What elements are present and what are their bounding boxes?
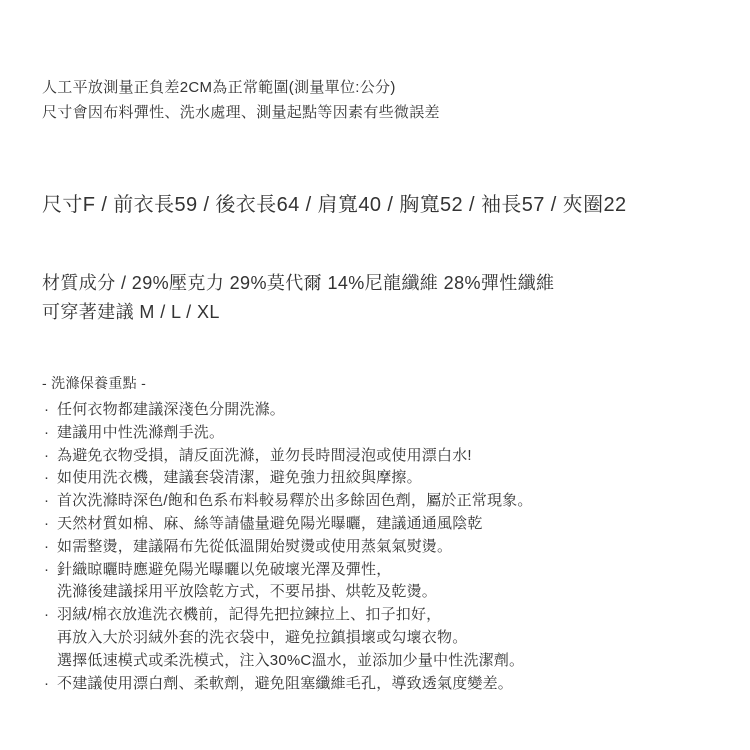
care-item: ·為避免衣物受損，請反面洗滌，並勿長時間浸泡或使用漂白水! [42,445,710,468]
care-line-text: 針織晾曬時應避免陽光曝曬以免破壞光澤及彈性， [57,561,391,578]
care-line-text: 洗滌後建議採用平放陰乾方式，不要吊掛、烘乾及乾燙。 [57,583,437,600]
care-line-text: 不建議使用漂白劑、柔軟劑，避免阻塞纖維毛孔，導致透氣度變差。 [57,675,513,692]
care-line-text: 為避免衣物受損，請反面洗滌，並勿長時間浸泡或使用漂白水! [57,447,472,464]
care-line-text: 任何衣物都建議深淺色分開洗滌。 [57,401,285,418]
care-section: - 洗滌保養重點 - ·任何衣物都建議深淺色分開洗滌。·建議用中性洗滌劑手洗。·… [42,373,710,695]
bullet-dot: · [44,673,49,696]
bullet-dot: · [44,513,49,536]
bullet-dot: · [44,422,49,445]
care-item: ·天然材質如棉、麻、絲等請儘量避免陽光曝曬，建議通通風陰乾 [42,513,710,536]
care-line-text: 如使用洗衣機，建議套袋清潔，避免強力扭絞與摩擦。 [57,469,422,486]
care-line-continuation: 再放入大於羽絨外套的洗衣袋中，避免拉鎮損壞或勾壞衣物。 [42,627,710,650]
wear-recommendation: 可穿著建議 M / L / XL [42,298,710,327]
care-line: ·天然材質如棉、麻、絲等請儘量避免陽光曝曬，建議通通風陰乾 [42,513,710,536]
bullet-dot: · [44,559,49,582]
care-item: ·建議用中性洗滌劑手洗。 [42,422,710,445]
care-line: ·不建議使用漂白劑、柔軟劑，避免阻塞纖維毛孔，導致透氣度變差。 [42,673,710,696]
care-line-text: 天然材質如棉、麻、絲等請儘量避免陽光曝曬，建議通通風陰乾 [57,515,483,532]
material-info: 材質成分 / 29%壓克力 29%莫代爾 14%尼龍纖維 28%彈性纖維 可穿著… [42,269,710,327]
care-section-title: - 洗滌保養重點 - [42,373,710,393]
bullet-dot: · [44,467,49,490]
care-line: ·任何衣物都建議深淺色分開洗滌。 [42,399,710,422]
care-line-text: 如需整燙，建議隔布先從低溫開始熨燙或使用蒸氣氣熨燙。 [57,538,452,555]
care-item: ·首次洗滌時深色/飽和色系布料較易釋於出多餘固色劑，屬於正常現象。 [42,490,710,513]
care-item: ·針織晾曬時應避免陽光曝曬以免破壞光澤及彈性，洗滌後建議採用平放陰乾方式，不要吊… [42,559,710,605]
care-line: ·羽絨/棉衣放進洗衣機前，記得先把拉鍊拉上、扣子扣好， [42,604,710,627]
bullet-dot: · [44,445,49,468]
care-line: ·建議用中性洗滌劑手洗。 [42,422,710,445]
care-line-text: 建議用中性洗滌劑手洗。 [57,424,224,441]
bullet-dot: · [44,399,49,422]
care-item: ·不建議使用漂白劑、柔軟劑，避免阻塞纖維毛孔，導致透氣度變差。 [42,673,710,696]
bullet-dot: · [44,604,49,627]
care-line-text: 再放入大於羽絨外套的洗衣袋中，避免拉鎮損壞或勾壞衣物。 [57,629,467,646]
care-line-continuation: 洗滌後建議採用平放陰乾方式，不要吊掛、烘乾及乾燙。 [42,581,710,604]
care-item: ·如需整燙，建議隔布先從低溫開始熨燙或使用蒸氣氣熨燙。 [42,536,710,559]
measurement-note: 人工平放測量正負差2CM為正常範圍(測量單位:公分) 尺寸會因布料彈性、洗水處理… [42,75,710,125]
care-line-text: 羽絨/棉衣放進洗衣機前，記得先把拉鍊拉上、扣子扣好， [57,606,441,623]
care-line: ·如使用洗衣機，建議套袋清潔，避免強力扭絞與摩擦。 [42,467,710,490]
measurement-note-line2: 尺寸會因布料彈性、洗水處理、測量起點等因素有些微誤差 [42,100,710,125]
measurement-note-line1: 人工平放測量正負差2CM為正常範圍(測量單位:公分) [42,75,710,100]
bullet-dot: · [44,490,49,513]
bullet-dot: · [44,536,49,559]
care-line: ·針織晾曬時應避免陽光曝曬以免破壞光澤及彈性， [42,559,710,582]
care-item: ·羽絨/棉衣放進洗衣機前，記得先把拉鍊拉上、扣子扣好，再放入大於羽絨外套的洗衣袋… [42,604,710,672]
care-line-continuation: 選擇低速模式或柔洗模式，注入30%C溫水，並添加少量中性洗潔劑。 [42,650,710,673]
care-line-text: 首次洗滌時深色/飽和色系布料較易釋於出多餘固色劑，屬於正常現象。 [57,492,533,509]
care-line: ·首次洗滌時深色/飽和色系布料較易釋於出多餘固色劑，屬於正常現象。 [42,490,710,513]
care-line: ·為避免衣物受損，請反面洗滌，並勿長時間浸泡或使用漂白水! [42,445,710,468]
care-list: ·任何衣物都建議深淺色分開洗滌。·建議用中性洗滌劑手洗。·為避免衣物受損，請反面… [42,399,710,695]
care-line: ·如需整燙，建議隔布先從低溫開始熨燙或使用蒸氣氣熨燙。 [42,536,710,559]
material-composition: 材質成分 / 29%壓克力 29%莫代爾 14%尼龍纖維 28%彈性纖維 [42,269,710,298]
care-item: ·如使用洗衣機，建議套袋清潔，避免強力扭絞與摩擦。 [42,467,710,490]
care-item: ·任何衣物都建議深淺色分開洗滌。 [42,399,710,422]
care-line-text: 選擇低速模式或柔洗模式，注入30%C溫水，並添加少量中性洗潔劑。 [57,652,524,669]
size-info: 尺寸F / 前衣長59 / 後衣長64 / 肩寬40 / 胸寬52 / 袖長57… [42,193,710,217]
product-description-page: 人工平放測量正負差2CM為正常範圍(測量單位:公分) 尺寸會因布料彈性、洗水處理… [0,0,750,750]
